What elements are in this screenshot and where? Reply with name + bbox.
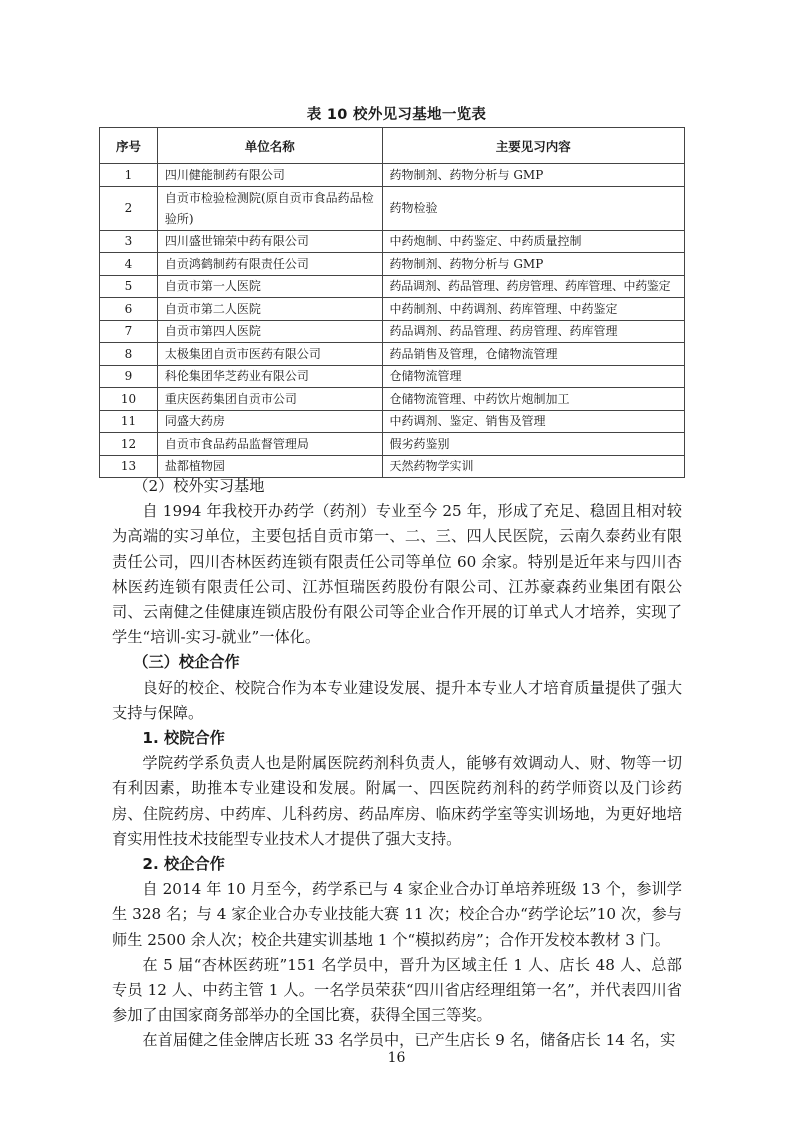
- table-row: 9 科伦集团华芝药业有限公司 仓储物流管理: [100, 365, 685, 388]
- header-unit-name: 单位名称: [157, 128, 382, 164]
- cell-unit: 重庆医药集团自贡市公司: [157, 388, 382, 411]
- table-row: 5 自贡市第一人医院 药品调剂、药品管理、药房管理、药库管理、中药鉴定: [100, 275, 685, 298]
- cell-serial: 4: [100, 253, 158, 276]
- table-row: 6 自贡市第二人医院 中药制剂、中药调剂、药库管理、中药鉴定: [100, 298, 685, 321]
- table-row: 2 自贡市检验检测院(原自贡市食品药品检验所) 药物检验: [100, 186, 685, 230]
- cell-serial: 9: [100, 365, 158, 388]
- header-main-content: 主要见习内容: [382, 128, 684, 164]
- cell-unit: 自贡市食品药品监督管理局: [157, 433, 382, 456]
- cell-content: 药物制剂、药物分析与 GMP: [382, 164, 684, 187]
- internship-paragraph: 自 1994 年我校开办药学（药剂）专业至今 25 年，形成了充足、稳固且相对较…: [112, 499, 682, 650]
- body-text: （2）校外实习基地 自 1994 年我校开办药学（药剂）专业至今 25 年，形成…: [112, 474, 682, 1054]
- table-row: 8 太极集团自贡市医药有限公司 药品销售及管理，仓储物流管理: [100, 343, 685, 366]
- cell-unit: 科伦集团华芝药业有限公司: [157, 365, 382, 388]
- cell-serial: 8: [100, 343, 158, 366]
- cell-serial: 11: [100, 410, 158, 433]
- table-row: 1 四川健能制药有限公司 药物制剂、药物分析与 GMP: [100, 164, 685, 187]
- cell-unit: 自贡鸿鹤制药有限责任公司: [157, 253, 382, 276]
- cell-unit: 同盛大药房: [157, 410, 382, 433]
- page-number: 16: [0, 1050, 793, 1066]
- document-page: 表 10 校外见习基地一览表 序号 单位名称 主要见习内容 1 四川健能制药有限…: [0, 0, 793, 1122]
- table-row: 7 自贡市第四人医院 药品调剂、药品管理、药房管理、药库管理: [100, 320, 685, 343]
- table-title: 表 10 校外见习基地一览表: [0, 103, 793, 124]
- cell-unit: 自贡市第四人医院: [157, 320, 382, 343]
- cell-content: 中药炮制、中药鉴定、中药质量控制: [382, 230, 684, 253]
- cell-content: 中药调剂、鉴定、销售及管理: [382, 410, 684, 433]
- cell-serial: 10: [100, 388, 158, 411]
- cell-unit: 自贡市第一人医院: [157, 275, 382, 298]
- cell-content: 药物检验: [382, 186, 684, 230]
- enterprise-paragraph-2: 在 5 届“杏林医药班”151 名学员中，晋升为区域主任 1 人、店长 48 人…: [112, 953, 682, 1029]
- internship-base-table: 序号 单位名称 主要见习内容 1 四川健能制药有限公司 药物制剂、药物分析与 G…: [99, 127, 685, 478]
- table-row: 11 同盛大药房 中药调剂、鉴定、销售及管理: [100, 410, 685, 433]
- cell-serial: 1: [100, 164, 158, 187]
- cell-unit: 太极集团自贡市医药有限公司: [157, 343, 382, 366]
- cell-content: 药品调剂、药品管理、药房管理、药库管理: [382, 320, 684, 343]
- cell-serial: 6: [100, 298, 158, 321]
- cell-content: 药品调剂、药品管理、药房管理、药库管理、中药鉴定: [382, 275, 684, 298]
- cell-content: 假劣药鉴别: [382, 433, 684, 456]
- internship-heading: （2）校外实习基地: [112, 474, 682, 499]
- cell-serial: 12: [100, 433, 158, 456]
- enterprise-coop-heading: 2. 校企合作: [112, 852, 682, 877]
- header-serial: 序号: [100, 128, 158, 164]
- table-row: 12 自贡市食品药品监督管理局 假劣药鉴别: [100, 433, 685, 456]
- hospital-coop-heading: 1. 校院合作: [112, 726, 682, 751]
- cell-serial: 5: [100, 275, 158, 298]
- cell-content: 药物制剂、药物分析与 GMP: [382, 253, 684, 276]
- cell-content: 药品销售及管理，仓储物流管理: [382, 343, 684, 366]
- cell-unit: 自贡市第二人医院: [157, 298, 382, 321]
- cell-unit: 自贡市检验检测院(原自贡市食品药品检验所): [157, 186, 382, 230]
- cell-serial: 2: [100, 186, 158, 230]
- table-row: 3 四川盛世锦荣中药有限公司 中药炮制、中药鉴定、中药质量控制: [100, 230, 685, 253]
- cell-content: 仓储物流管理、中药饮片炮制加工: [382, 388, 684, 411]
- cell-serial: 7: [100, 320, 158, 343]
- cell-unit: 四川健能制药有限公司: [157, 164, 382, 187]
- cell-content: 仓储物流管理: [382, 365, 684, 388]
- coop-paragraph: 良好的校企、校院合作为本专业建设发展、提升本专业人才培育质量提供了强大支持与保障…: [112, 676, 682, 726]
- hospital-coop-paragraph: 学院药学系负责人也是附属医院药剂科负责人，能够有效调动人、财、物等一切有利因素，…: [112, 751, 682, 852]
- coop-heading: （三）校企合作: [112, 650, 682, 675]
- cell-unit: 四川盛世锦荣中药有限公司: [157, 230, 382, 253]
- table-row: 4 自贡鸿鹤制药有限责任公司 药物制剂、药物分析与 GMP: [100, 253, 685, 276]
- cell-serial: 3: [100, 230, 158, 253]
- table-row: 10 重庆医药集团自贡市公司 仓储物流管理、中药饮片炮制加工: [100, 388, 685, 411]
- cell-content: 中药制剂、中药调剂、药库管理、中药鉴定: [382, 298, 684, 321]
- table-header-row: 序号 单位名称 主要见习内容: [100, 128, 685, 164]
- enterprise-paragraph-1: 自 2014 年 10 月至今，药学系已与 4 家企业合办订单培养班级 13 个…: [112, 877, 682, 953]
